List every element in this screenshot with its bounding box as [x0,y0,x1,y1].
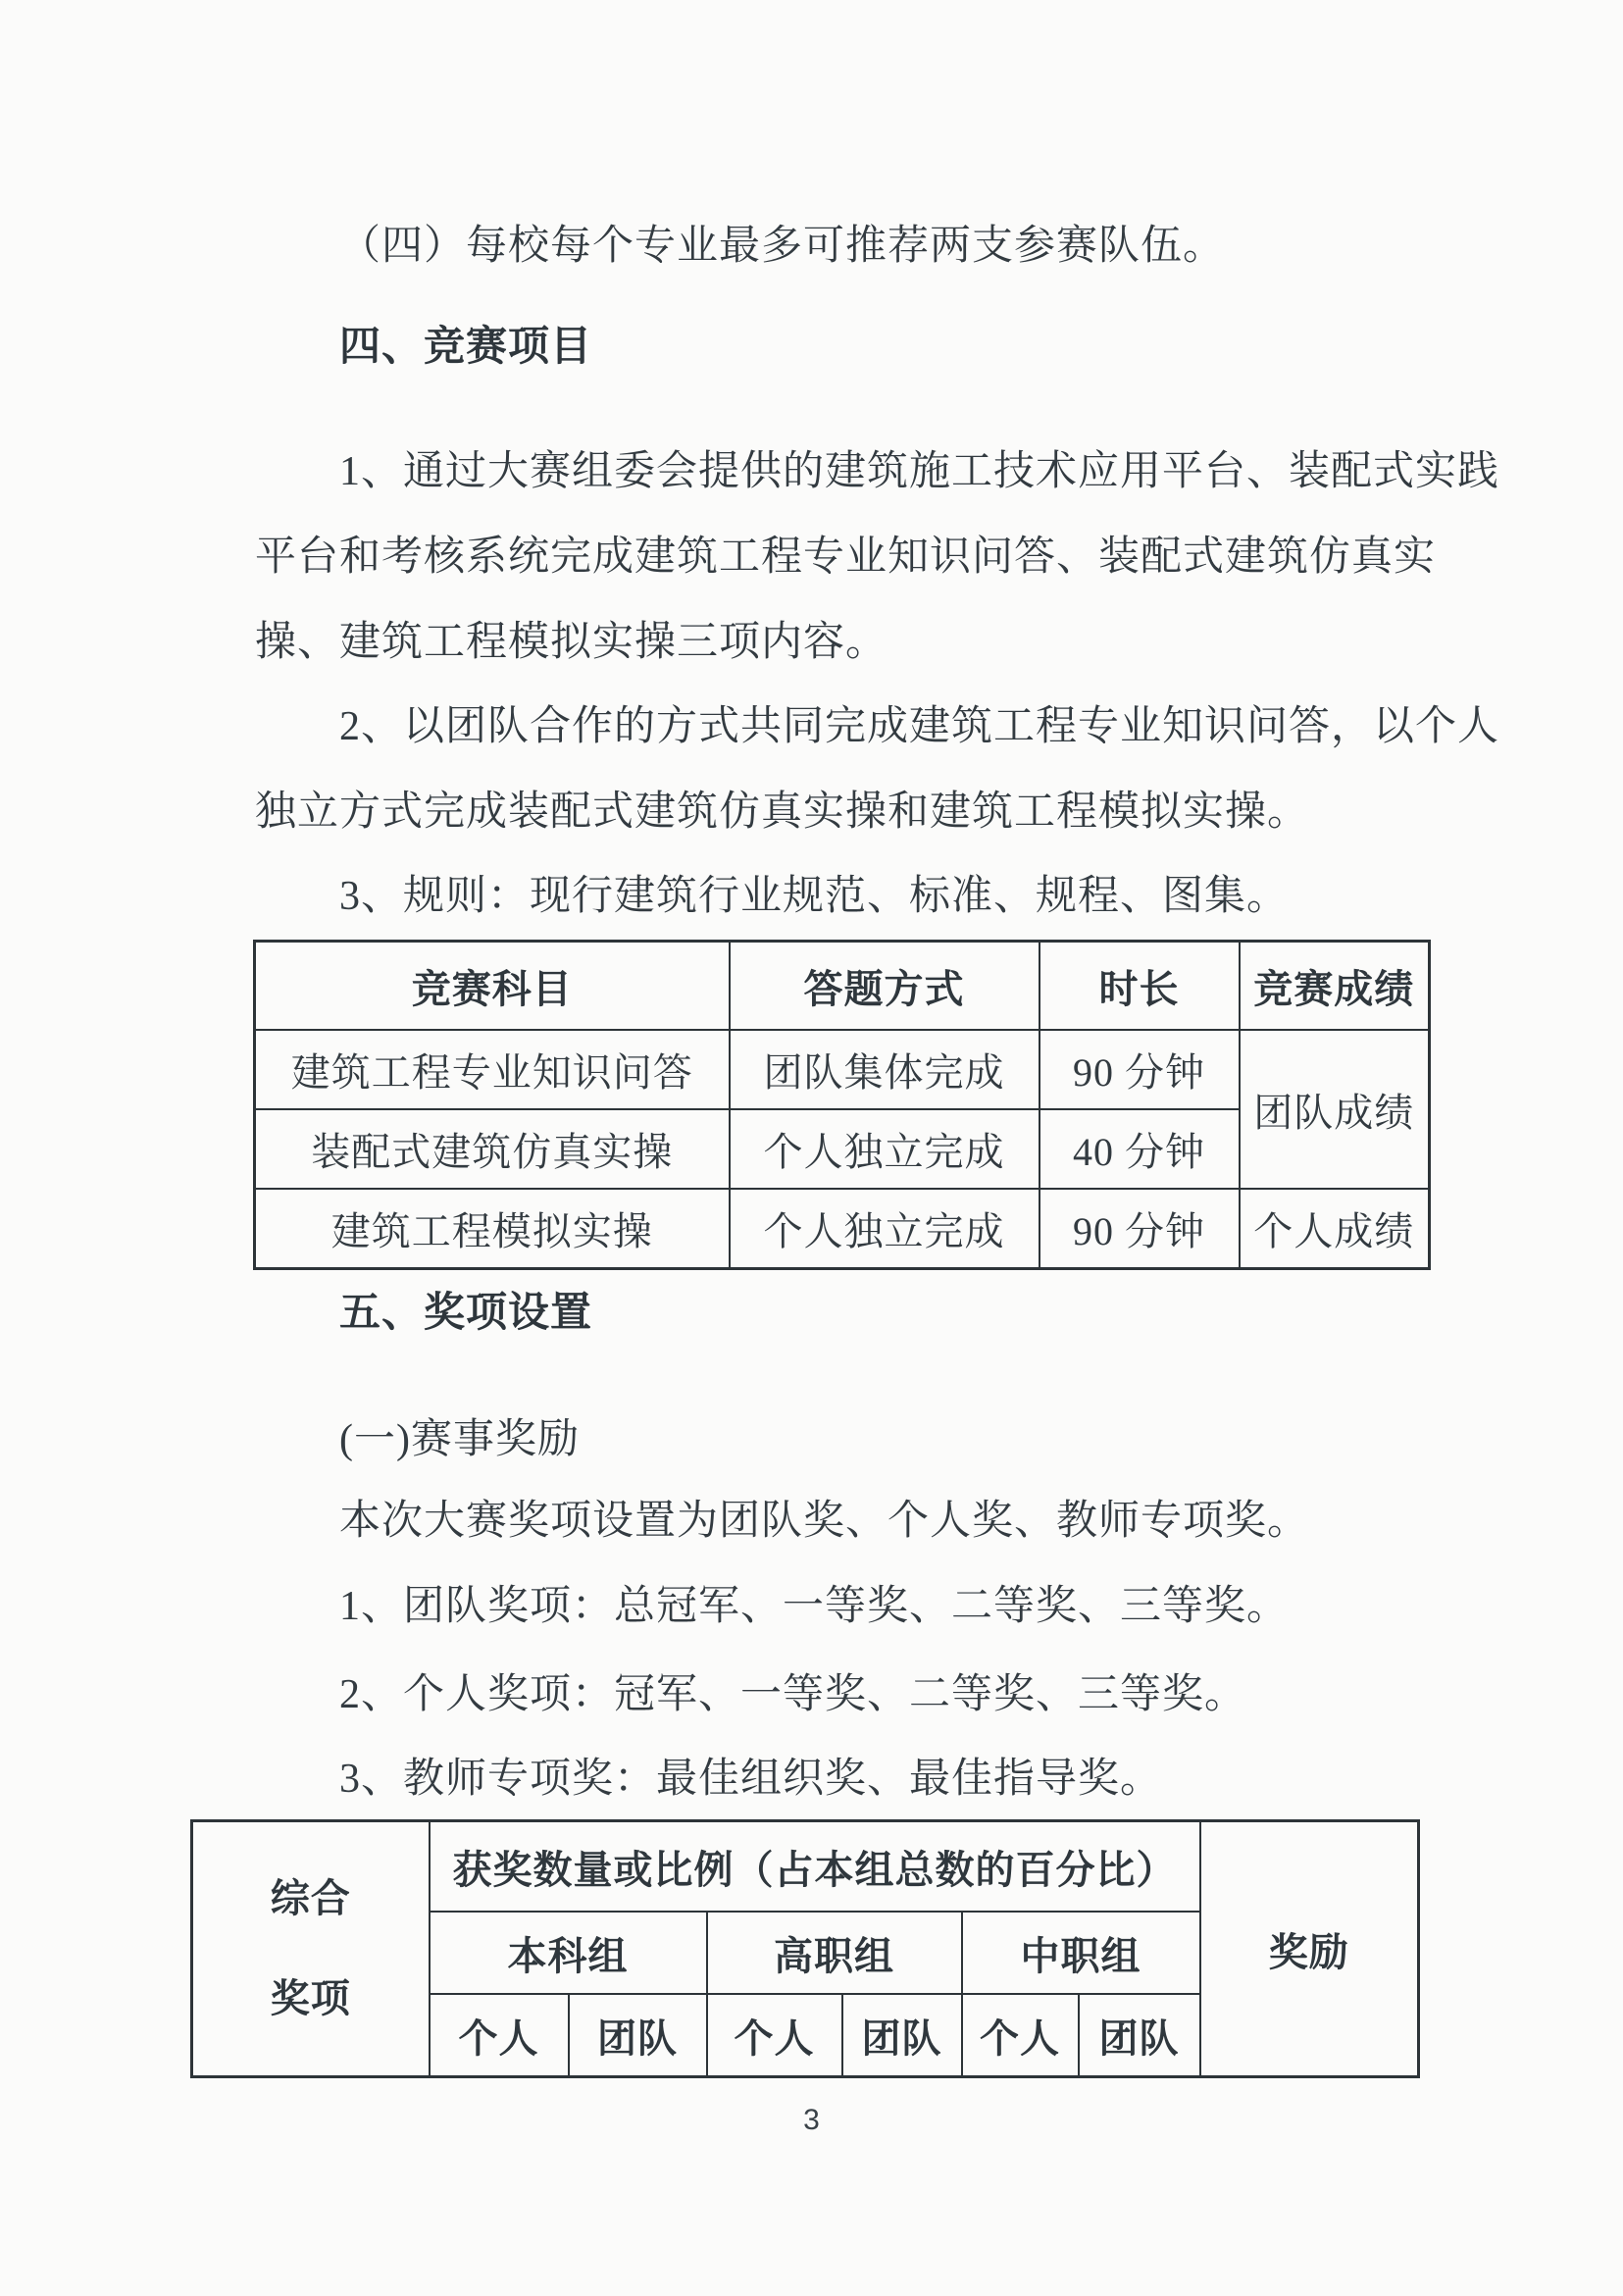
section4-heading: 四、竞赛项目 [255,305,1516,390]
paragraph-2-line1: 2、以团队合作的方式共同完成建筑工程专业知识问答，以个人 [255,685,1432,770]
cell-mode: 团队集体完成 [730,1030,1040,1109]
cell-duration: 90 分钟 [1040,1189,1240,1269]
cell-individual: 个人 [962,1994,1079,2077]
paragraph-2: 2、以团队合作的方式共同完成建筑工程专业知识问答，以个人 独立方式完成装配式建筑… [255,685,1432,855]
award-intro: 本次大赛奖项设置为团队奖、个人奖、教师专项奖。 [255,1479,1516,1564]
header-mode: 答题方式 [730,942,1040,1031]
header-score: 竞赛成绩 [1240,942,1430,1031]
paragraph-1: 1、通过大赛组委会提供的建筑施工技术应用平台、装配式实践 平台和考核系统完成建筑… [255,430,1432,686]
paragraph-2-line2: 独立方式完成装配式建筑仿真实操和建筑工程模拟实操。 [255,770,1432,855]
cell-subject: 建筑工程模拟实操 [255,1189,730,1269]
cell-reward: 奖励 [1200,1821,1419,2077]
cell-duration: 40 分钟 [1040,1109,1240,1189]
cell-team: 团队 [569,1994,707,2077]
award-item-3: 3、教师专项奖：最佳组织奖、最佳指导奖。 [255,1737,1516,1822]
cell-team: 团队 [842,1994,962,2077]
paragraph-1-line2: 平台和考核系统完成建筑工程专业知识问答、装配式建筑仿真实 [255,515,1432,600]
cell-mode: 个人独立完成 [730,1189,1040,1269]
paragraph-3: 3、规则：现行建筑行业规范、标准、规程、图集。 [255,854,1516,940]
competition-subjects-table: 竞赛科目 答题方式 时长 竞赛成绩 建筑工程专业知识问答 团队集体完成 90 分… [253,940,1431,1270]
award-quota-table: 综合 奖项 获奖数量或比例（占本组总数的百分比） 奖励 本科组 高职组 中职组 … [190,1819,1420,2078]
cell-group-undergraduate: 本科组 [430,1912,707,1994]
table-header-row: 竞赛科目 答题方式 时长 竞赛成绩 [255,942,1430,1031]
cell-duration: 90 分钟 [1040,1030,1240,1109]
paragraph-1-line1: 1、通过大赛组委会提供的建筑施工技术应用平台、装配式实践 [255,430,1432,515]
paragraph-1-line3: 操、建筑工程模拟实操三项内容。 [255,600,1432,686]
cell-subject: 建筑工程专业知识问答 [255,1030,730,1109]
section5-heading: 五、奖项设置 [255,1271,1516,1356]
table-row: 建筑工程模拟实操 个人独立完成 90 分钟 个人成绩 [255,1189,1430,1269]
cell-quantity-header: 获奖数量或比例（占本组总数的百分比） [430,1821,1200,1913]
header-duration: 时长 [1040,942,1240,1031]
page-number: 3 [0,2104,1623,2137]
cell-team-score: 团队成绩 [1240,1030,1430,1189]
cell-individual: 个人 [707,1994,842,2077]
table-row: 建筑工程专业知识问答 团队集体完成 90 分钟 团队成绩 [255,1030,1430,1109]
award-item-1: 1、团队奖项：总冠军、一等奖、二等奖、三等奖。 [255,1564,1516,1650]
award-sub-heading: (一)赛事奖励 [255,1398,1516,1483]
comprehensive-awards-line2: 奖项 [193,1979,429,2018]
document-page: （四）每校每个专业最多可推荐两支参赛队伍。 四、竞赛项目 1、通过大赛组委会提供… [0,0,1623,2296]
cell-team: 团队 [1079,1994,1200,2077]
award-table-row1: 综合 奖项 获奖数量或比例（占本组总数的百分比） 奖励 [192,1821,1419,1913]
cell-mode: 个人独立完成 [730,1109,1040,1189]
cell-group-secondary-vocational: 中职组 [962,1912,1200,1994]
cell-individual: 个人 [430,1994,569,2077]
comprehensive-awards-line1: 综合 [193,1879,429,1918]
award-item-2: 2、个人奖项：冠军、一等奖、二等奖、三等奖。 [255,1653,1516,1738]
cell-group-higher-vocational: 高职组 [707,1912,962,1994]
cell-comprehensive-awards: 综合 奖项 [192,1821,430,2077]
intro-line: （四）每校每个专业最多可推荐两支参赛队伍。 [255,204,1516,289]
cell-subject: 装配式建筑仿真实操 [255,1109,730,1189]
header-subject: 竞赛科目 [255,942,730,1031]
cell-individual-score: 个人成绩 [1240,1189,1430,1269]
